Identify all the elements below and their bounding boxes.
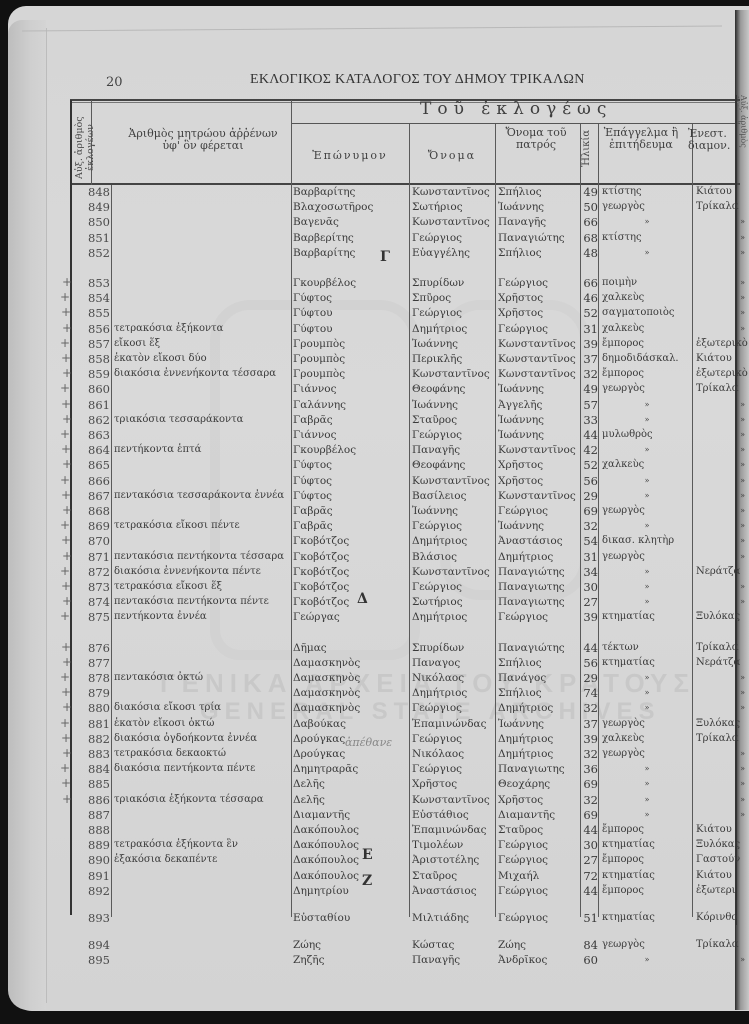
table-row: 883τετρακόσια δεκαοκτώΔρούγκαςΝικόλαοςΔη… [0,747,749,761]
row-surname: Δελῆς [293,793,409,807]
row-occupation: » [602,215,692,229]
table-row: 881ἑκατὸν εἴκοσι ὀκτώΔαβούκαςἘπαμινώνδας… [0,717,749,731]
row-surname: Γύφτου [293,306,409,320]
table-row: 863ΓιάννοςΓεώργιοςἸωάννης44μυλωθρὸς» [0,428,749,442]
row-surname: Διαμαντῆς [293,808,409,822]
tally-mark-icon: + [62,549,72,563]
header-age: Ἡλικία [581,128,595,168]
row-first-name: Βλάσιος [412,550,498,564]
row-residence: » [696,793,749,807]
row-serial-number: 877 [82,656,110,670]
table-row: 850ΒαγενᾶςΚωνσταντῖνοςΠαναγῆς66»» [0,215,749,229]
row-serial-number: 868 [82,504,110,518]
row-first-name: Ἀναστάσιος [412,884,498,898]
tally-mark-icon: + [62,746,72,760]
row-age: 31 [582,550,598,564]
tally-mark-icon: + [62,503,72,517]
row-father-name: Δημήτριος [498,550,582,564]
row-residence: Τρίκαλα [696,200,749,214]
row-surname: Γαλάννης [293,398,409,412]
table-row: 874πεντακόσια πεντήκοντα πέντεΓκοβότζοςΣ… [0,595,749,609]
row-residence: » [696,246,749,260]
row-residence: » [696,504,749,518]
row-occupation: » [602,580,692,594]
row-surname: Δαμασκηνὸς [293,656,409,670]
table-row: 868ΓαβρᾶςἸωάννηςΓεώργιος69γεωργὸς» [0,504,749,518]
row-first-name: Περικλῆς [412,352,498,366]
row-first-name: Κωνσταντῖνος [412,215,498,229]
group-header-rule [292,123,740,124]
row-occupation: » [602,595,692,609]
row-surname: Βλαχοσωτῆρος [293,200,409,214]
row-age: 54 [582,534,598,548]
row-occupation: γεωργὸς [602,747,692,761]
row-surname: Γιάννος [293,428,409,442]
row-surname: Γκουρβέλος [293,276,409,290]
row-registry-number: πεντακόσια πεντήκοντα πέντε [114,595,294,609]
row-serial-number: 879 [82,686,110,700]
row-registry-number: διακόσια ἐννενήκοντα πέντε [114,565,294,579]
row-first-name: Κωνσταντῖνος [412,367,498,381]
table-row: 875πεντήκοντα ἐννέαΓεώργαςΔημήτριοςΓεώργ… [0,610,749,624]
row-serial-number: 869 [82,519,110,533]
tally-mark-icon: + [60,761,70,775]
row-registry-number: τετρακόσια ἑξήκοντα [114,322,294,336]
row-surname: Γύφτου [293,322,409,336]
row-serial-number: 848 [82,185,110,199]
table-row: 853ΓκουρβέλοςΣπυρίδωνΓεώργιος66ποιμὴν» [0,276,749,290]
table-row: 869τετρακόσια εἴκοσι πέντεΓαβρᾶςΓεώργιος… [0,519,749,533]
row-residence: Γαστούν [696,853,749,867]
row-serial-number: 865 [82,458,110,472]
row-father-name: Χρῆστος [498,793,582,807]
tally-mark-icon: + [62,700,72,714]
row-occupation: » [602,686,692,700]
row-occupation: » [602,777,692,791]
table-row: 851ΒαρβερίτηςΓεώργιοςΠαναγιώτης68κτίστης… [0,231,749,245]
row-serial-number: 857 [82,337,110,351]
header-group-elector: Τοῦ ἐκλογέως [420,100,612,119]
row-age: 36 [582,762,598,776]
row-residence: » [696,291,749,305]
row-age: 69 [582,808,598,822]
table-top-rule-inner [70,102,740,103]
table-row: 860ΓιάννοςΘεοφάνηςἸωάννης49γεωργὸςΤρίκαλ… [0,382,749,396]
row-occupation: γεωργὸς [602,938,692,952]
row-residence: Κόρινθο [696,911,749,925]
row-registry-number: πεντακόσια ὀκτώ [114,671,294,685]
row-age: 27 [582,595,598,609]
row-residence: » [696,215,749,229]
table-row: 886τριακόσια ἑξήκοντα τέσσαραΔελῆςΚωνστα… [0,793,749,807]
tally-mark-icon: + [61,305,71,319]
row-serial-number: 890 [82,853,110,867]
row-residence: » [696,306,749,320]
row-father-name: Πανάγος [498,671,582,685]
row-age: 29 [582,671,598,685]
table-row: 879ΔαμασκηνὸςΔημήτριοςΣπήλιος74»» [0,686,749,700]
row-surname: Γκοβότζος [293,595,409,609]
table-row: 895ΖηζῆςΠαναγῆςἈνδρῖκος60»» [0,953,749,967]
row-residence: Κιάτου [696,185,749,199]
row-occupation: » [602,474,692,488]
row-serial-number: 851 [82,231,110,245]
row-occupation: σαγματοποιὸς [602,306,692,320]
row-father-name: Σπήλιος [498,246,582,260]
row-serial-number: 880 [82,701,110,715]
row-occupation: κτηματίας [602,911,692,925]
row-surname: Βαρβερίτης [293,231,409,245]
row-age: 39 [582,337,598,351]
row-residence: » [696,580,749,594]
row-serial-number: 888 [82,823,110,837]
row-occupation: κτηματίας [602,610,692,624]
tally-mark-icon: + [60,518,70,532]
row-residence: Ξυλόκας [696,717,749,731]
row-age: 37 [582,352,598,366]
row-first-name: Βασίλειος [412,489,498,503]
row-serial-number: 889 [82,838,110,852]
row-residence: » [696,398,749,412]
row-surname: Γκοβότζος [293,534,409,548]
row-father-name: Δημήτριος [498,747,582,761]
tally-mark-icon: + [62,321,72,335]
row-occupation: » [602,413,692,427]
row-residence: ἐξωτερι [696,884,749,898]
row-occupation: ἔμπορος [602,337,692,351]
table-row: 871πεντακόσια πεντήκοντα τέσσαραΓκοβότζο… [0,550,749,564]
row-father-name: Ἀνδρῖκος [498,953,582,967]
row-first-name: Γεώργιος [412,231,498,245]
row-age: 27 [582,853,598,867]
row-surname: Δαμασκηνὸς [293,701,409,715]
row-father-name: Χρῆστος [498,458,582,472]
row-serial-number: 883 [82,747,110,761]
row-father-name: Διαμαντῆς [498,808,582,822]
row-serial-number: 893 [82,911,110,925]
running-head: ΕΚΛΟΓΙΚΟΣ ΚΑΤΑΛΟΓΟΣ ΤΟΥ ΔΗΜΟΥ ΤΡΙΚΑΛΩΝ [250,72,585,88]
row-registry-number: τετρακόσια εἴκοσι ἕξ [114,580,294,594]
row-first-name: Σταῦρος [412,413,498,427]
tally-mark-icon: + [61,685,71,699]
row-father-name: Ἰωάννης [498,200,582,214]
row-age: 39 [582,610,598,624]
row-residence: » [696,489,749,503]
row-age: 37 [582,717,598,731]
row-serial-number: 873 [82,580,110,594]
table-row: 849ΒλαχοσωτῆροςΣωτήριοςἸωάννης50γεωργὸςΤ… [0,200,749,214]
row-father-name: Ζώης [498,938,582,952]
table-row: 865ΓύφτοςΘεοφάνηςΧρῆστος52χαλκεὺς» [0,458,749,472]
row-occupation: ἔμπορος [602,853,692,867]
row-serial-number: 862 [82,413,110,427]
row-first-name: Ἀριστοτέλης [412,853,498,867]
row-age: 68 [582,231,598,245]
tally-mark-icon: + [61,488,71,502]
row-surname: Γρουμπὸς [293,352,409,366]
row-surname: Γύφτος [293,291,409,305]
row-age: 66 [582,215,598,229]
row-first-name: Δημήτριος [412,322,498,336]
row-age: 66 [582,276,598,290]
table-row: 887ΔιαμαντῆςΕὐστάθιοςΔιαμαντῆς69»» [0,808,749,822]
row-occupation: ἔμπορος [602,367,692,381]
row-first-name: Ἰωάννης [412,398,498,412]
row-father-name: Ἀναστάσιος [498,534,582,548]
row-residence: Νεράτζα [696,656,749,670]
row-residence: Κιάτου [696,869,749,883]
row-age: 44 [582,428,598,442]
row-serial-number: 882 [82,732,110,746]
row-registry-number: πεντήκοντα ἑπτά [114,443,294,457]
row-age: 39 [582,732,598,746]
row-serial-number: 876 [82,641,110,655]
row-residence: » [696,808,749,822]
row-first-name: Τιμολέων [412,838,498,852]
row-father-name: Παναγιώτης [498,641,582,655]
row-serial-number: 874 [82,595,110,609]
row-father-name: Γεώργιος [498,322,582,336]
row-father-name: Σπήλιος [498,686,582,700]
row-registry-number: τριακόσια ἑξήκοντα τέσσαρα [114,793,294,807]
row-first-name: Σωτήριος [412,595,498,609]
row-age: 46 [582,291,598,305]
table-row: 894ΖώηςΚώσταςΖώης84γεωργὸςΤρίκαλα [0,938,749,952]
row-age: 50 [582,200,598,214]
row-registry-number: ἑξακόσια δεκαπέντε [114,853,294,867]
row-age: 60 [582,953,598,967]
header-father-name: Ὄνομα τοῦ πατρός [496,127,576,151]
row-father-name: Κωνσταντῖνος [498,489,582,503]
table-row: 864πεντήκοντα ἑπτάΓκουρβέλοςΠαναγῆςΚωνστ… [0,443,749,457]
table-row: 859διακόσια ἐννενήκοντα τέσσαραΓρουμπὸςΚ… [0,367,749,381]
row-surname: Γύφτος [293,458,409,472]
row-age: 69 [582,777,598,791]
row-residence: Ξυλόκας [696,838,749,852]
row-residence: Τρίκαλα [696,732,749,746]
row-residence: » [696,413,749,427]
row-occupation: χαλκεὺς [602,291,692,305]
header-registry: Ἀριθμὸς μητρώου ἀῤῥένων ὑφ' ὃν φέρεται [118,128,288,152]
row-occupation: κτίστης [602,185,692,199]
row-occupation: κτηματίας [602,656,692,670]
row-occupation: ἔμπορος [602,823,692,837]
row-occupation: γεωργὸς [602,382,692,396]
table-row: 861ΓαλάννηςἸωάννηςἈγγελῆς57»» [0,398,749,412]
row-occupation: χαλκεὺς [602,322,692,336]
row-age: 30 [582,838,598,852]
row-first-name: Σπυρίδων [412,276,498,290]
row-occupation: γεωργὸς [602,200,692,214]
row-father-name: Ἀγγελῆς [498,398,582,412]
row-surname: Δημητραρᾶς [293,762,409,776]
row-registry-number: πεντήκοντα ἐννέα [114,610,294,624]
row-surname: Δακόπουλος [293,838,409,852]
row-residence: » [696,428,749,442]
tally-mark-icon: + [61,442,71,456]
row-registry-number: διακόσια πεντήκοντα πέντε [114,762,294,776]
row-father-name: Γεώργιος [498,853,582,867]
tally-mark-icon: + [60,336,70,350]
row-first-name: Γεώργιος [412,519,498,533]
row-serial-number: 864 [82,443,110,457]
row-residence: » [696,458,749,472]
row-occupation: » [602,671,692,685]
tally-mark-icon: + [61,579,71,593]
header-serial: Αὐξ. ἀριθμὸς ἐκλογέων [74,108,88,188]
row-surname: Δαμασκηνὸς [293,671,409,685]
row-age: 33 [582,413,598,427]
row-first-name: Γεώργιος [412,701,498,715]
table-row: 880διακόσια εἴκοσι τρίαΔαμασκηνὸςΓεώργιο… [0,701,749,715]
table-row: 885ΔελῆςΧρῆστοςΘεοχάρης69»» [0,777,749,791]
tally-mark-icon: + [61,351,71,365]
row-occupation: γεωργὸς [602,550,692,564]
row-residence: Τρίκαλα [696,641,749,655]
row-age: 31 [582,322,598,336]
row-occupation: ἔμπορος [602,884,692,898]
row-father-name: Ἰωάννης [498,717,582,731]
row-father-name: Σταῦρος [498,823,582,837]
row-father-name: Παναγιώτης [498,231,582,245]
row-registry-number: πεντακόσια τεσσαράκοντα ἐννέα [114,489,294,503]
row-age: 42 [582,443,598,457]
tally-mark-icon: + [62,792,72,806]
next-page-header-fragment: Αὐξ. ἀριθμὸς ἐκλογέων [738,95,748,175]
row-surname: Γεώργας [293,610,409,624]
row-father-name: Ἰωάννης [498,382,582,396]
row-father-name: Κωνσταντῖνος [498,443,582,457]
row-first-name: Θεοφάνης [412,382,498,396]
row-father-name: Παναγῆς [498,215,582,229]
row-age: 30 [582,580,598,594]
row-surname: Ζηζῆς [293,953,409,967]
row-occupation: τέκτων [602,641,692,655]
tally-mark-icon: + [60,381,70,395]
row-occupation: γεωργὸς [602,717,692,731]
row-father-name: Ἰωάννης [498,413,582,427]
row-registry-number: διακόσια ὀγδοήκοντα ἐννέα [114,732,294,746]
row-surname: Δακόπουλος [293,823,409,837]
row-occupation: » [602,701,692,715]
row-first-name: Παναγῆς [412,953,498,967]
row-father-name: Χρῆστος [498,474,582,488]
row-father-name: Γεώργιος [498,610,582,624]
row-first-name: Κωνσταντῖνος [412,185,498,199]
row-residence: Νεράτζα [696,565,749,579]
row-surname: Γκοβότζος [293,565,409,579]
row-first-name: Ἐπαμινώνδας [412,823,498,837]
row-serial-number: 871 [82,550,110,564]
row-serial-number: 850 [82,215,110,229]
row-age: 52 [582,458,598,472]
table-row: 888ΔακόπουλοςἘπαμινώνδαςΣταῦρος44ἔμπορος… [0,823,749,837]
row-registry-number: ἑκατὸν εἴκοσι δύο [114,352,294,366]
row-occupation: κτηματίας [602,838,692,852]
row-serial-number: 858 [82,352,110,366]
row-surname: Γαβρᾶς [293,519,409,533]
tally-mark-icon: + [60,670,70,684]
row-occupation: » [602,443,692,457]
row-father-name: Παναγιωτης [498,580,582,594]
row-father-name: Μιχαήλ [498,869,582,883]
row-occupation: γεωργὸς [602,504,692,518]
row-father-name: Κωνσταντῖνος [498,367,582,381]
row-age: 57 [582,398,598,412]
tally-mark-icon: + [62,594,72,608]
row-father-name: Θεοχάρης [498,777,582,791]
row-father-name: Χρῆστος [498,306,582,320]
row-occupation: μυλωθρὸς [602,428,692,442]
tally-mark-icon: + [60,427,70,441]
page-number: 20 [106,75,123,90]
row-father-name: Γεώργιος [498,884,582,898]
row-first-name: Κωνσταντῖνος [412,474,498,488]
row-residence: Κιάτου [696,352,749,366]
table-row: 877ΔαμασκηνὸςΠαναγοςΣπήλιος56κτηματίαςΝε… [0,656,749,670]
table-row: 866ΓύφτοςΚωνσταντῖνοςΧρῆστος56»» [0,474,749,488]
table-row: 893ΕὐσταθίουΜιλτιάδηςΓεώργιος51κτηματίας… [0,911,749,925]
row-serial-number: 856 [82,322,110,336]
row-residence: » [696,322,749,336]
row-occupation: » [602,489,692,503]
row-registry-number: πεντακόσια πεντήκοντα τέσσαρα [114,550,294,564]
row-serial-number: 872 [82,565,110,579]
row-residence: » [696,671,749,685]
row-father-name: Σπήλιος [498,185,582,199]
row-surname: Δελῆς [293,777,409,791]
row-serial-number: 887 [82,808,110,822]
row-residence: » [696,777,749,791]
row-registry-number: ἑκατὸν εἴκοσι ὀκτώ [114,717,294,731]
row-occupation: » [602,793,692,807]
row-age: 84 [582,938,598,952]
row-residence: » [696,701,749,715]
row-serial-number: 853 [82,276,110,290]
row-registry-number: τετρακόσια εἴκοσι πέντε [114,519,294,533]
row-age: 51 [582,911,598,925]
row-first-name: Σταῦρος [412,869,498,883]
row-registry-number: διακόσια ἐννενήκοντα τέσσαρα [114,367,294,381]
row-father-name: Σπήλιος [498,656,582,670]
row-serial-number: 860 [82,382,110,396]
table-row: 862τριακόσια τεσσαράκονταΓαβρᾶςΣταῦροςἸω… [0,413,749,427]
row-occupation: » [602,519,692,533]
row-age: 56 [582,656,598,670]
row-age: 32 [582,747,598,761]
row-surname: Γιάννος [293,382,409,396]
row-first-name: Νικόλαος [412,671,498,685]
row-residence: Τρίκαλα [696,382,749,396]
row-serial-number: 884 [82,762,110,776]
row-residence: Κιάτου [696,823,749,837]
row-first-name: Ἰωάννης [412,337,498,351]
row-residence: » [696,953,749,967]
row-occupation: δικασ. κλητὴρ [602,534,692,548]
row-age: 34 [582,565,598,579]
row-first-name: Σωτήριος [412,200,498,214]
row-first-name: Παναγῆς [412,443,498,457]
table-row: 872διακόσια ἐννενήκοντα πέντεΓκοβότζοςΚω… [0,565,749,579]
tally-mark-icon: + [61,640,71,654]
row-first-name: Γεώργιος [412,580,498,594]
table-row: 870ΓκοβότζοςΔημήτριοςἈναστάσιος54δικασ. … [0,534,749,548]
row-first-name: Σπῦρος [412,291,498,305]
tally-mark-icon: + [60,716,70,730]
row-surname: Γκοβότζος [293,550,409,564]
row-age: 32 [582,701,598,715]
row-registry-number: διακόσια εἴκοσι τρία [114,701,294,715]
